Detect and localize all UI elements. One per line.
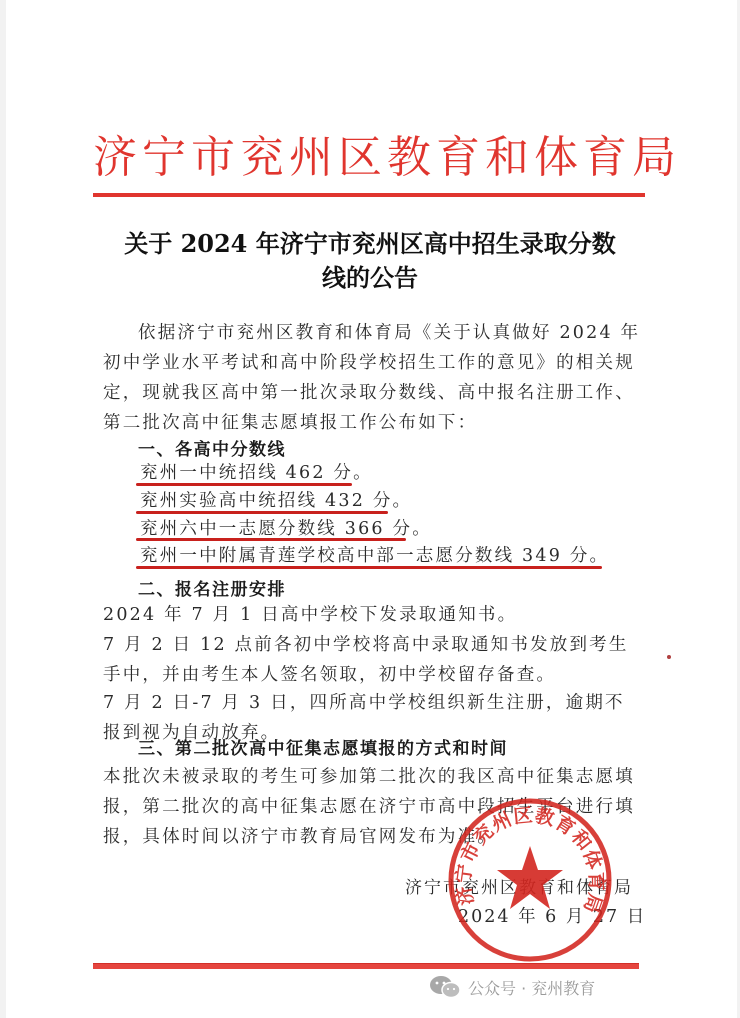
intro-paragraph: 依据济宁市兖州区教育和体育局《关于认真做好 2024 年初中学业水平考试和高中阶…: [103, 318, 643, 438]
score-underline: [136, 538, 406, 541]
letterhead-organization: 济宁市兖州区教育和体育局: [93, 128, 645, 188]
section-3-heading: 三、第二批次高中征集志愿填报的方式和时间: [138, 735, 508, 763]
page-edge-left: [0, 0, 6, 1018]
wechat-icon: [428, 975, 462, 999]
document-title: 关于 2024 年济宁市兖州区高中招生录取分数 线的公告: [95, 227, 645, 295]
footer-rule: [93, 963, 639, 969]
intro-text: 依据济宁市兖州区教育和体育局《关于认真做好 2024 年初中学业水平考试和高中阶…: [103, 323, 640, 433]
official-seal-icon: 济宁市兖州区教育和体育局: [446, 796, 614, 964]
registration-paragraph: 7 月 2 日 12 点前各初中学校将高中录取通知书发放到考生手中，并由考生本人…: [103, 630, 643, 690]
watermark-text: 公众号 · 兖州教育: [468, 976, 595, 999]
letterhead-rule: [93, 193, 645, 197]
score-underline: [136, 483, 352, 486]
document-title-line1: 关于 2024 年济宁市兖州区高中招生录取分数: [95, 227, 645, 261]
ink-dot: [667, 655, 671, 659]
watermark: 公众号 · 兖州教育: [428, 975, 595, 999]
registration-paragraph: 2024 年 7 月 1 日高中学校下发录取通知书。: [103, 600, 643, 630]
score-underline: [136, 511, 388, 514]
score-underline: [136, 566, 602, 569]
document-title-line2: 线的公告: [95, 261, 645, 295]
